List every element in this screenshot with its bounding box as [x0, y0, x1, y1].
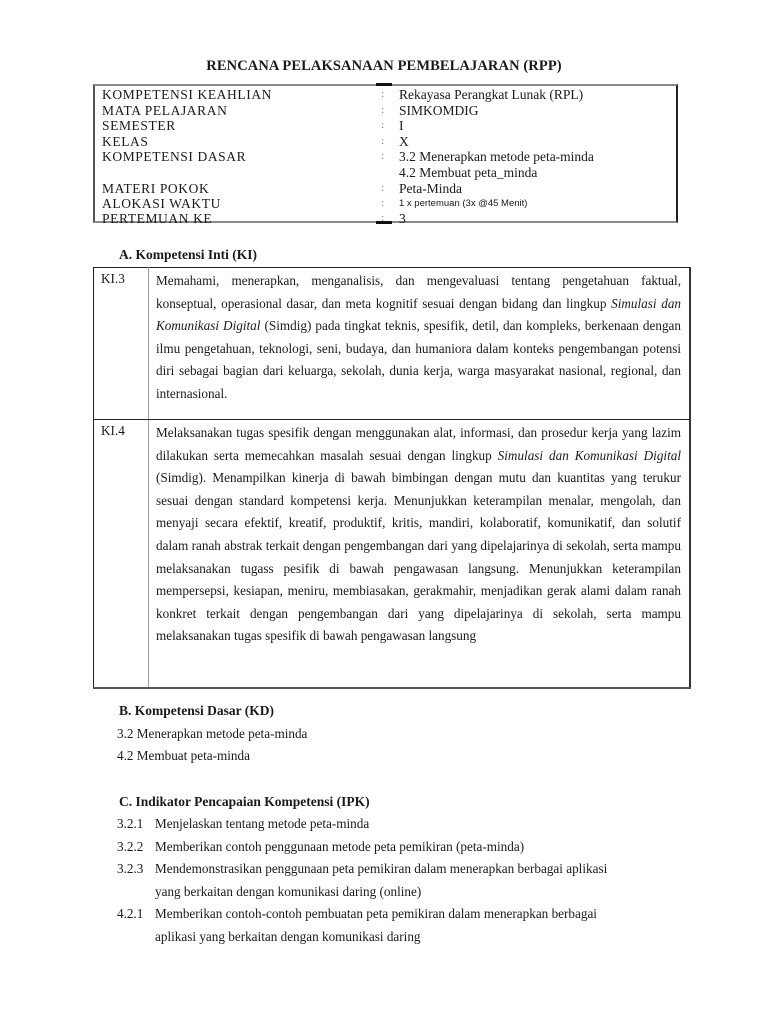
ki-description: Memahami, menerapkan, menganalisis, dan …: [149, 268, 691, 420]
ipk-number: 3.2.1: [117, 816, 143, 832]
identity-label: KOMPETENSI KEAHLIAN: [102, 87, 272, 103]
identity-colon: :: [381, 149, 384, 165]
identity-colon: :: [381, 211, 384, 227]
ipk-number: 4.2.1: [117, 906, 143, 922]
ki-text: Memahami, menerapkan, menganalisis, dan …: [156, 273, 681, 311]
ipk-text: Memberikan contoh penggunaan metode peta…: [155, 839, 524, 855]
ipk-text: Mendemonstrasikan penggunaan peta pemiki…: [155, 861, 607, 877]
identity-value: Rekayasa Perangkat Lunak (RPL): [399, 87, 583, 103]
identity-row: KELAS : X: [95, 134, 676, 150]
ki-text: (Simdig). Menampilkan kinerja di bawah b…: [156, 470, 681, 643]
ki-code: KI.4: [94, 420, 149, 688]
identity-colon: :: [381, 196, 384, 212]
identity-row: 4.2 Membuat peta_minda: [95, 165, 676, 181]
identity-label: KOMPETENSI DASAR: [102, 149, 246, 165]
identity-value: X: [399, 134, 409, 150]
divider-notch: [376, 83, 392, 86]
ipk-number: 3.2.2: [117, 839, 143, 855]
identity-value: 3.2 Menerapkan metode peta-minda: [399, 149, 594, 165]
ipk-text: yang berkaitan dengan komunikasi daring …: [155, 884, 421, 900]
ipk-number: 3.2.3: [117, 861, 143, 877]
identity-label: MATERI POKOK: [102, 181, 209, 197]
identity-value: 3: [399, 211, 406, 227]
identity-row: SEMESTER : I: [95, 118, 676, 134]
identity-row: KOMPETENSI DASAR : 3.2 Menerapkan metode…: [95, 149, 676, 165]
section-heading-ki: A. Kompetensi Inti (KI): [119, 247, 257, 263]
identity-colon: :: [381, 87, 384, 103]
identity-table: KOMPETENSI KEAHLIAN : Rekayasa Perangkat…: [93, 84, 678, 223]
section-heading-kd: B. Kompetensi Dasar (KD): [119, 703, 274, 719]
identity-colon: :: [381, 118, 384, 134]
identity-label: KELAS: [102, 134, 149, 150]
identity-label: PERTEMUAN KE: [102, 211, 212, 227]
identity-row: KOMPETENSI KEAHLIAN : Rekayasa Perangkat…: [95, 87, 676, 103]
identity-colon: :: [381, 181, 384, 197]
identity-row: ALOKASI WAKTU : 1 x pertemuan (3x @45 Me…: [95, 196, 676, 212]
kd-item: 4.2 Membuat peta-minda: [117, 748, 250, 764]
identity-value: 1 x pertemuan (3x @45 Menit): [399, 196, 527, 212]
identity-value: I: [399, 118, 404, 134]
kd-item: 3.2 Menerapkan metode peta-minda: [117, 726, 307, 742]
table-row: KI.4 Melaksanakan tugas spesifik dengan …: [94, 420, 691, 688]
ki-code: KI.3: [94, 268, 149, 420]
identity-value: Peta-Minda: [399, 181, 462, 197]
table-row: KI.3 Memahami, menerapkan, menganalisis,…: [94, 268, 691, 420]
ki-description: Melaksanakan tugas spesifik dengan mengg…: [149, 420, 691, 688]
identity-row: MATERI POKOK : Peta-Minda: [95, 181, 676, 197]
identity-label: MATA PELAJARAN: [102, 103, 227, 119]
identity-label: ALOKASI WAKTU: [102, 196, 221, 212]
ipk-text: Menjelaskan tentang metode peta-minda: [155, 816, 369, 832]
ipk-text: aplikasi yang berkaitan dengan komunikas…: [155, 929, 421, 945]
identity-label: SEMESTER: [102, 118, 176, 134]
identity-row: MATA PELAJARAN : SIMKOMDIG: [95, 103, 676, 119]
ki-text-italic: Simulasi dan Komunikasi Digital: [498, 448, 681, 463]
ki-table: KI.3 Memahami, menerapkan, menganalisis,…: [93, 267, 691, 689]
identity-colon: :: [381, 134, 384, 150]
identity-value: SIMKOMDIG: [399, 103, 479, 119]
identity-row: PERTEMUAN KE : 3: [95, 211, 676, 227]
identity-colon: :: [381, 103, 384, 119]
document-title: RENCANA PELAKSANAAN PEMBELAJARAN (RPP): [0, 58, 768, 75]
section-heading-ipk: C. Indikator Pencapaian Kompetensi (IPK): [119, 794, 370, 810]
identity-value: 4.2 Membuat peta_minda: [399, 165, 537, 181]
ipk-text: Memberikan contoh-contoh pembuatan peta …: [155, 906, 597, 922]
